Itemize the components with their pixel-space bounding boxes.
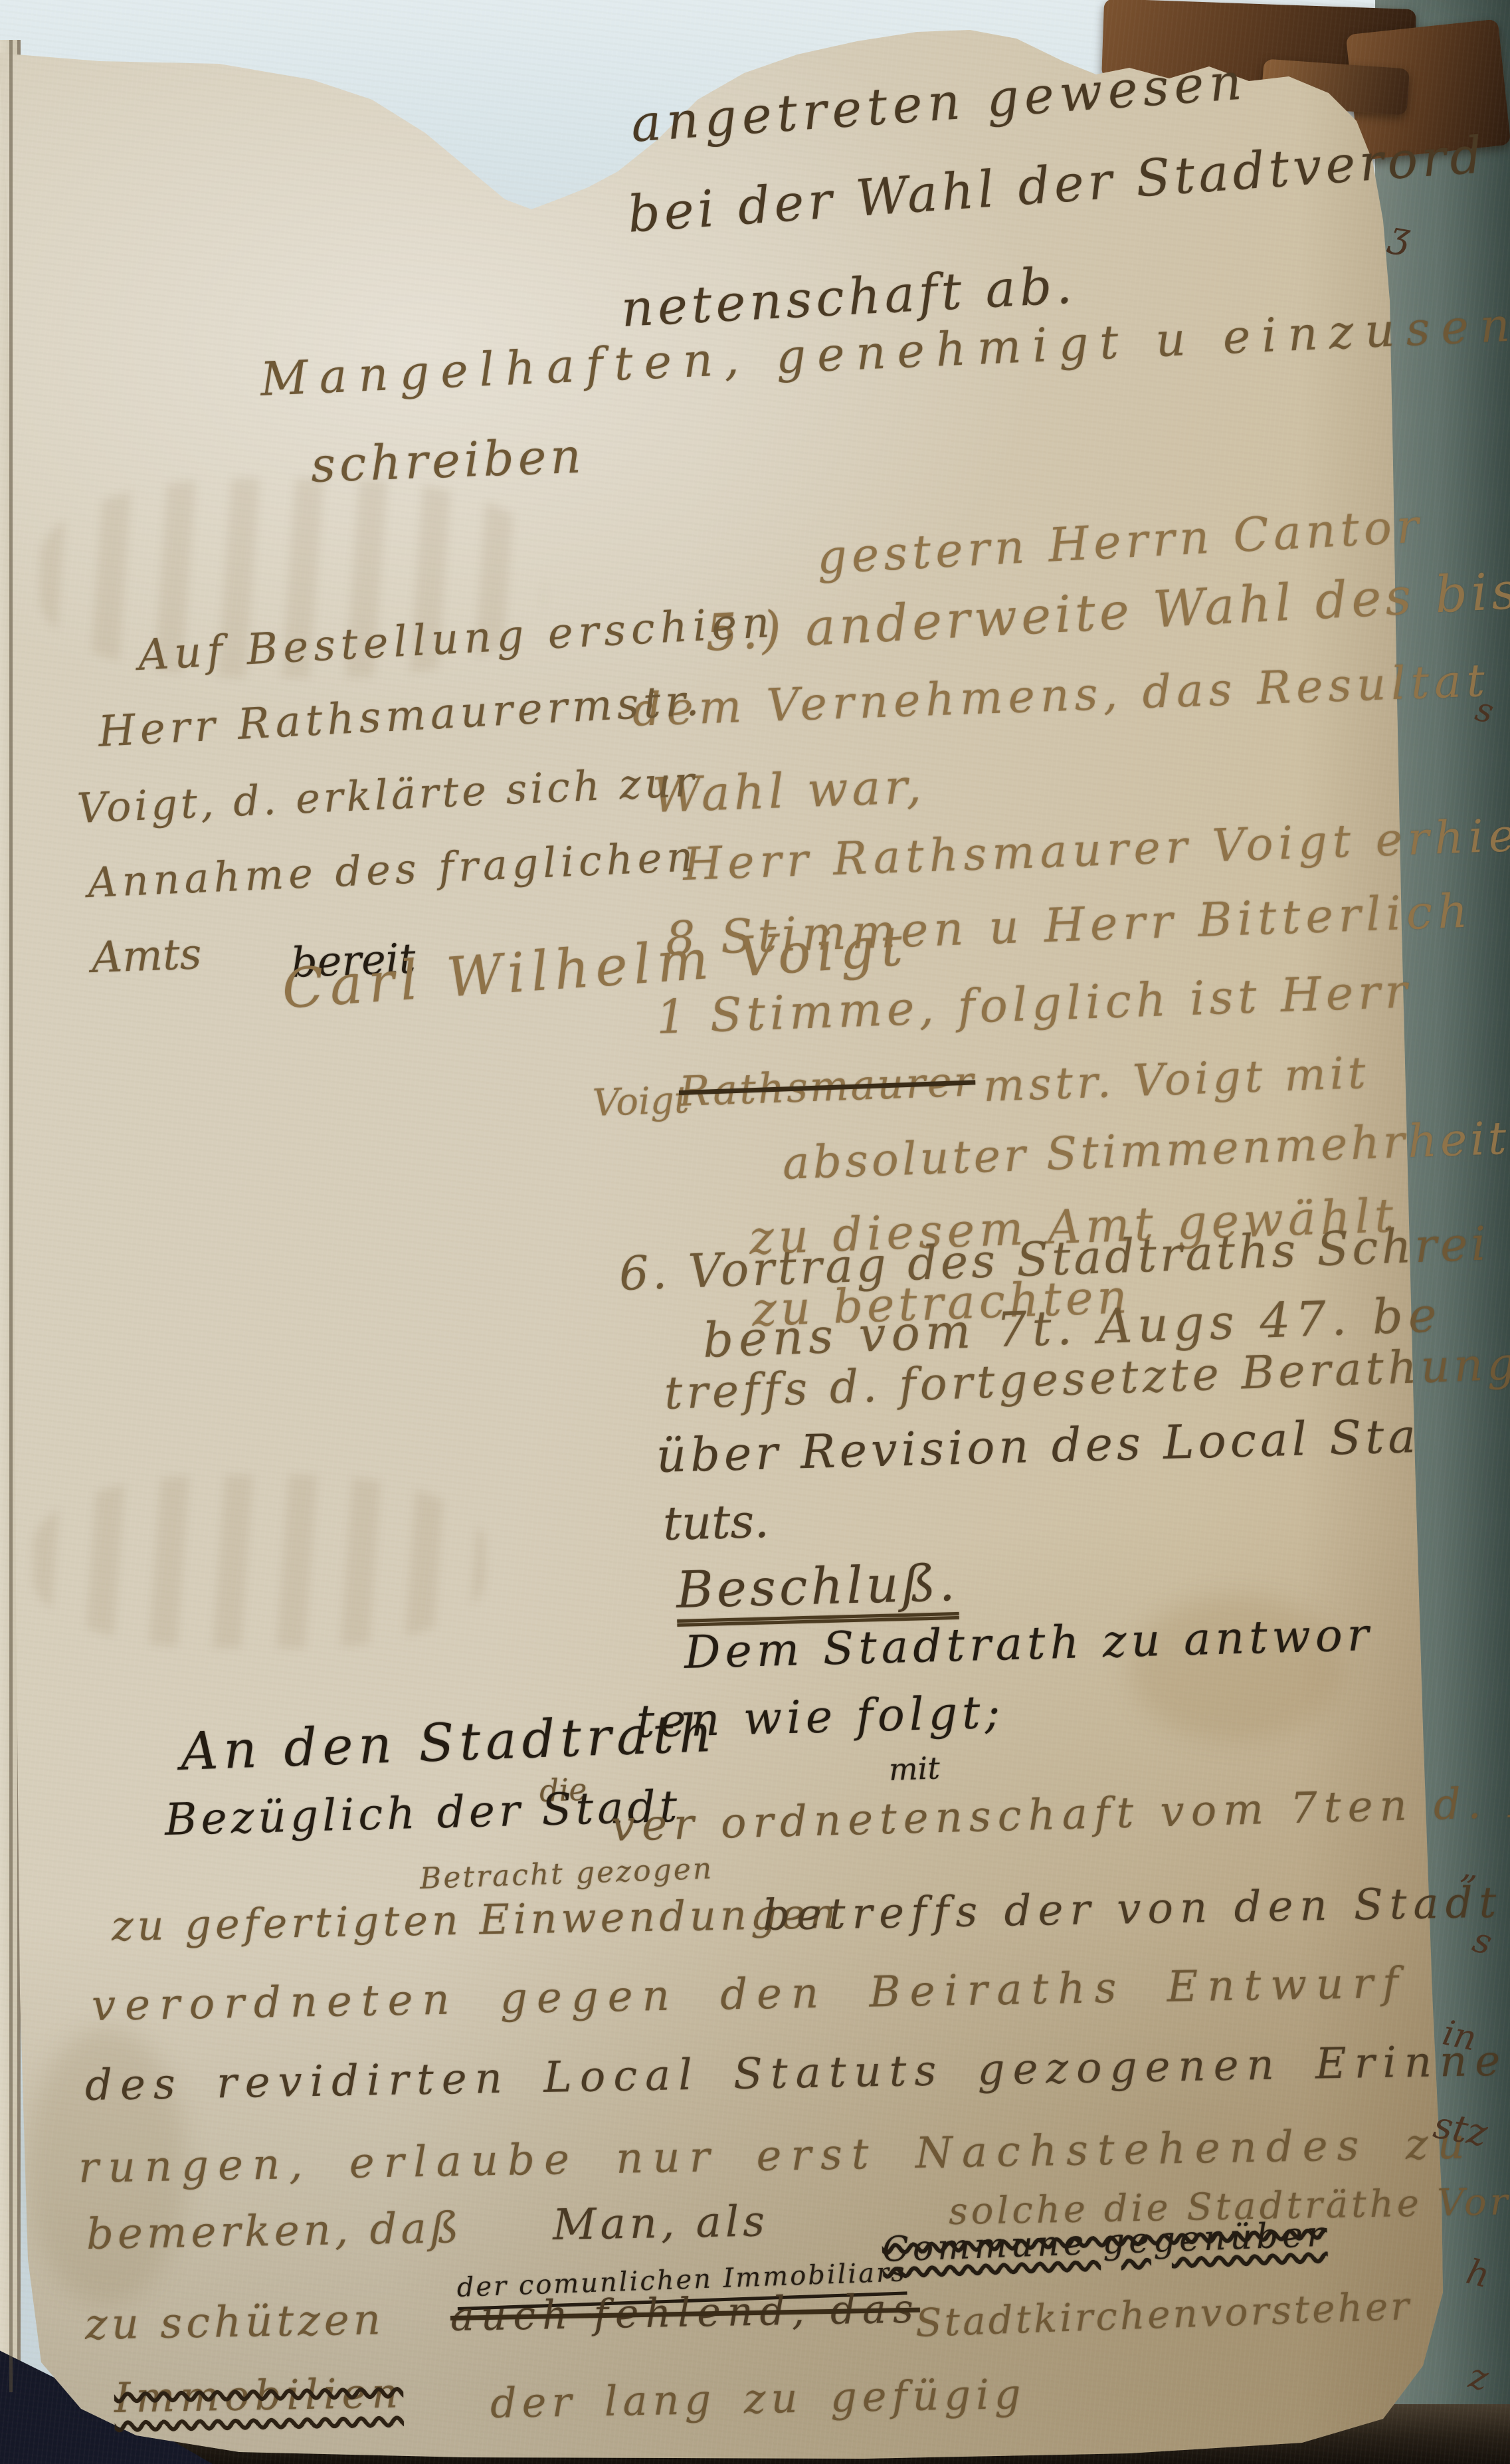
struck-words-auch-fehlend: auch fehlend, das bbox=[450, 2286, 920, 2340]
line-a5: schreiben bbox=[310, 428, 586, 493]
line-d10b: Man, als bbox=[552, 2197, 769, 2250]
resolution-heading: Beschluß. bbox=[676, 1553, 959, 1619]
line-b7-margin: Voigt bbox=[592, 1078, 690, 1125]
line-d12: zu schützen bbox=[84, 2295, 385, 2350]
margin-line-m5a: Amts bbox=[91, 930, 203, 983]
left-fold-seam bbox=[9, 40, 13, 2392]
struck-word-immobilien: Immobilien bbox=[114, 2368, 403, 2422]
insert-mit: mit bbox=[888, 1750, 941, 1788]
line-d16: der lang zu gefügig bbox=[490, 2370, 1026, 2427]
line-b7-struck-word: Rathsmaurer bbox=[678, 1057, 977, 1116]
line-d10a: bemerken, daß bbox=[86, 2204, 463, 2259]
manuscript-photo: { "document": { "kind": "handwritten pro… bbox=[0, 0, 1510, 2464]
line-c5: tuts. bbox=[662, 1494, 770, 1551]
edge-ink-mark: stz bbox=[1430, 2103, 1491, 2155]
ink-bleedthrough bbox=[33, 1475, 485, 1648]
